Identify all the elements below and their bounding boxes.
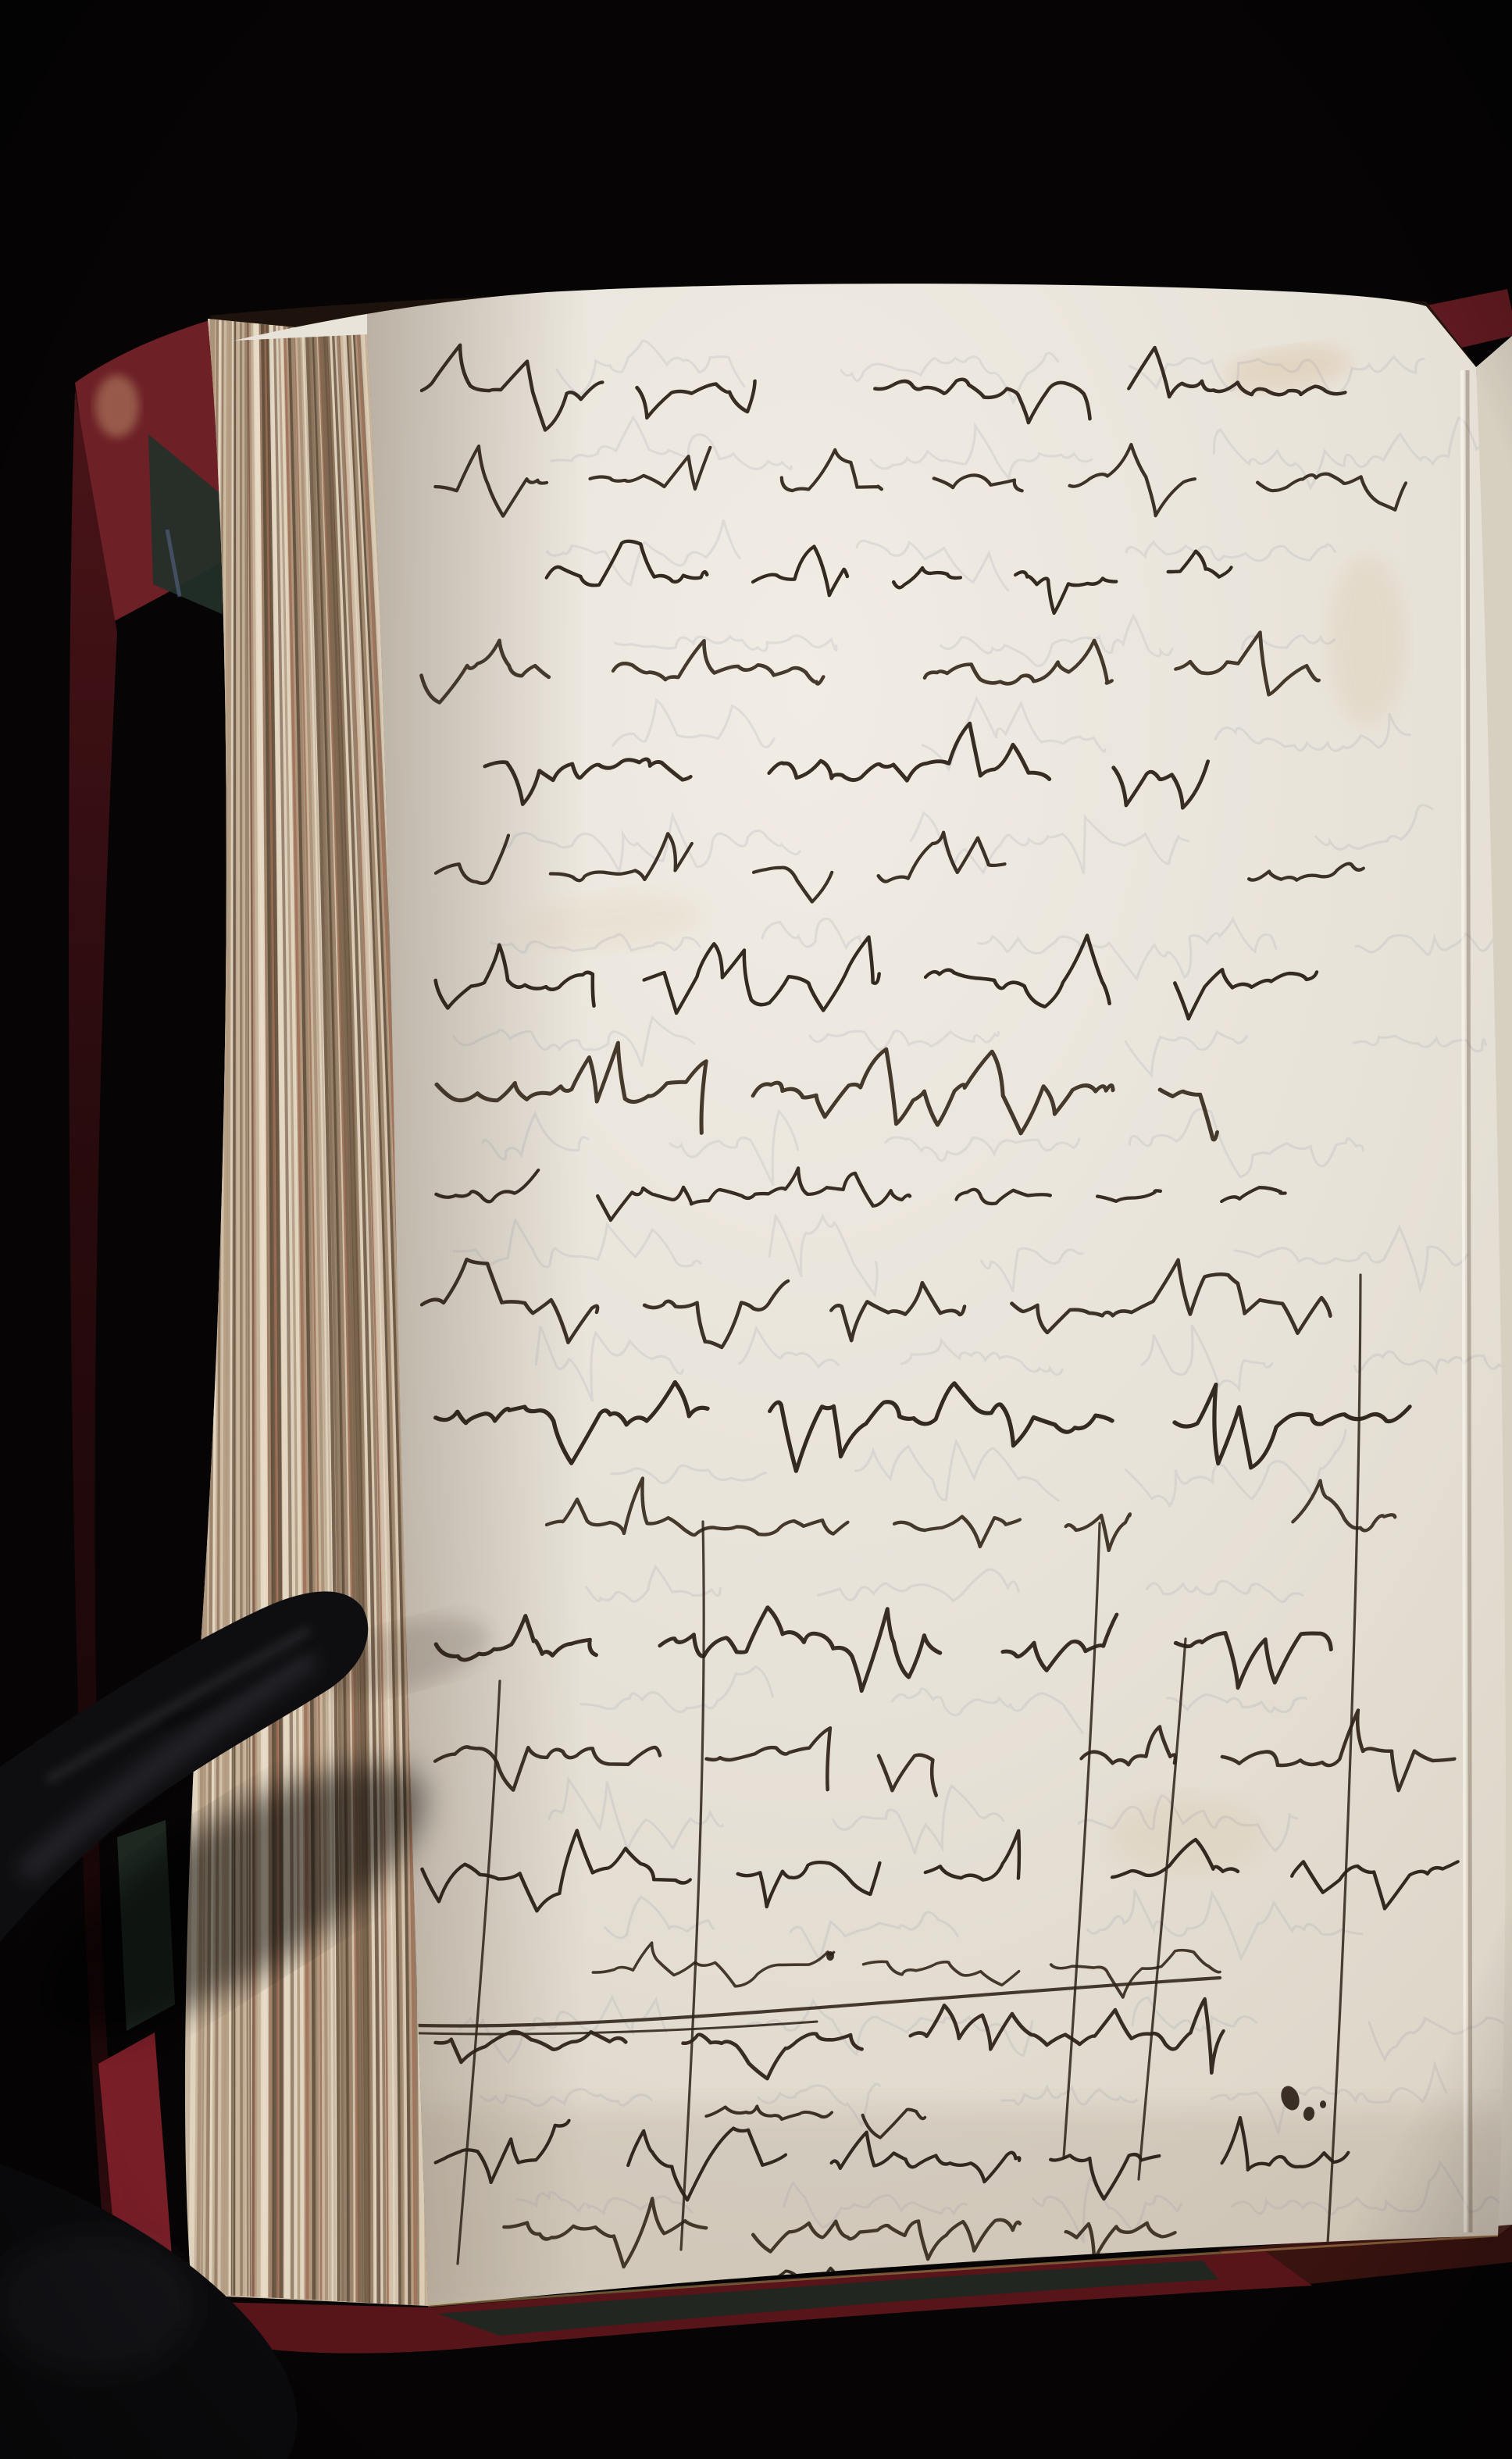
photo-vignette [0,0,1512,2459]
archival-photo-notebook [0,0,1512,2459]
photo-canvas [0,0,1512,2459]
